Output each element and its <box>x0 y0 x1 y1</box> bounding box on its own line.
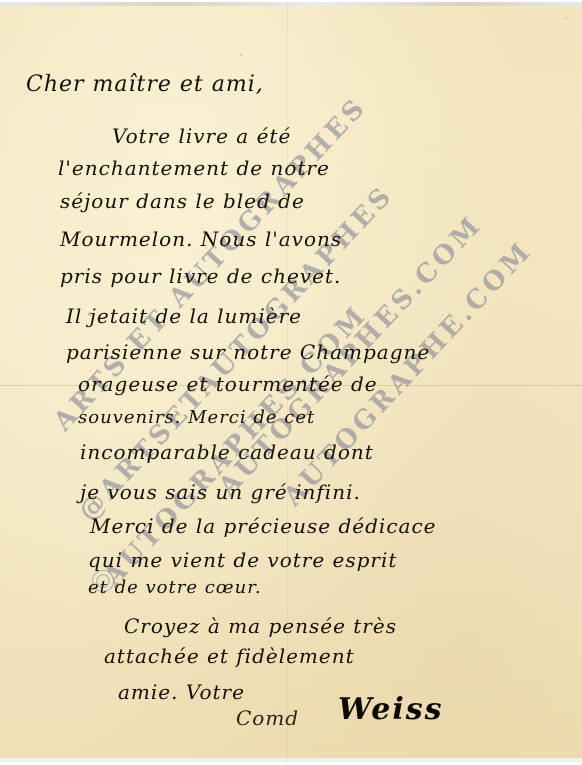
letter-closing-line: attachée et fidèlement <box>104 644 355 668</box>
signature-prefix: Comd <box>236 706 299 730</box>
paper-stain <box>240 54 242 56</box>
letter-sheet: ARTS ET AUTOGRAPHES @ARTSETAUTOGRAPHES A… <box>0 2 582 762</box>
torn-bottom-edge <box>0 758 582 762</box>
letter-body-line: Merci de la précieuse dédicace <box>90 514 436 538</box>
letter-closing-line: amie. Votre <box>118 680 245 704</box>
letter-greeting: Cher maître et ami, <box>26 72 264 97</box>
letter-body-line: et de votre cœur. <box>88 577 262 598</box>
letter-body-line: Il jetait de la lumière <box>66 304 302 328</box>
letter-body-line: orageuse et tourmentée de <box>78 372 378 396</box>
letter-body-line: parisienne sur notre Champagne <box>66 340 430 364</box>
letter-closing-line: Croyez à ma pensée très <box>124 614 397 638</box>
torn-top-edge <box>0 2 582 6</box>
letter-body-line: incomparable cadeau dont <box>80 440 374 464</box>
paper-stain <box>565 17 567 19</box>
signature: Weiss <box>338 692 444 727</box>
letter-body-line: séjour dans le bled de <box>60 189 305 213</box>
letter-body-line: l'enchantement de notre <box>58 156 330 180</box>
letter-body-line: souvenirs. Merci de cet <box>78 407 315 428</box>
letter-body-line: pris pour livre de chevet. <box>60 264 341 288</box>
letter-body-line: je vous sais un gré infini. <box>80 480 361 504</box>
letter-body-line: Votre livre a été <box>112 124 291 148</box>
letter-body-line: Mourmelon. Nous l'avons <box>60 227 342 251</box>
letter-body-line: qui me vient de votre esprit <box>88 548 397 572</box>
